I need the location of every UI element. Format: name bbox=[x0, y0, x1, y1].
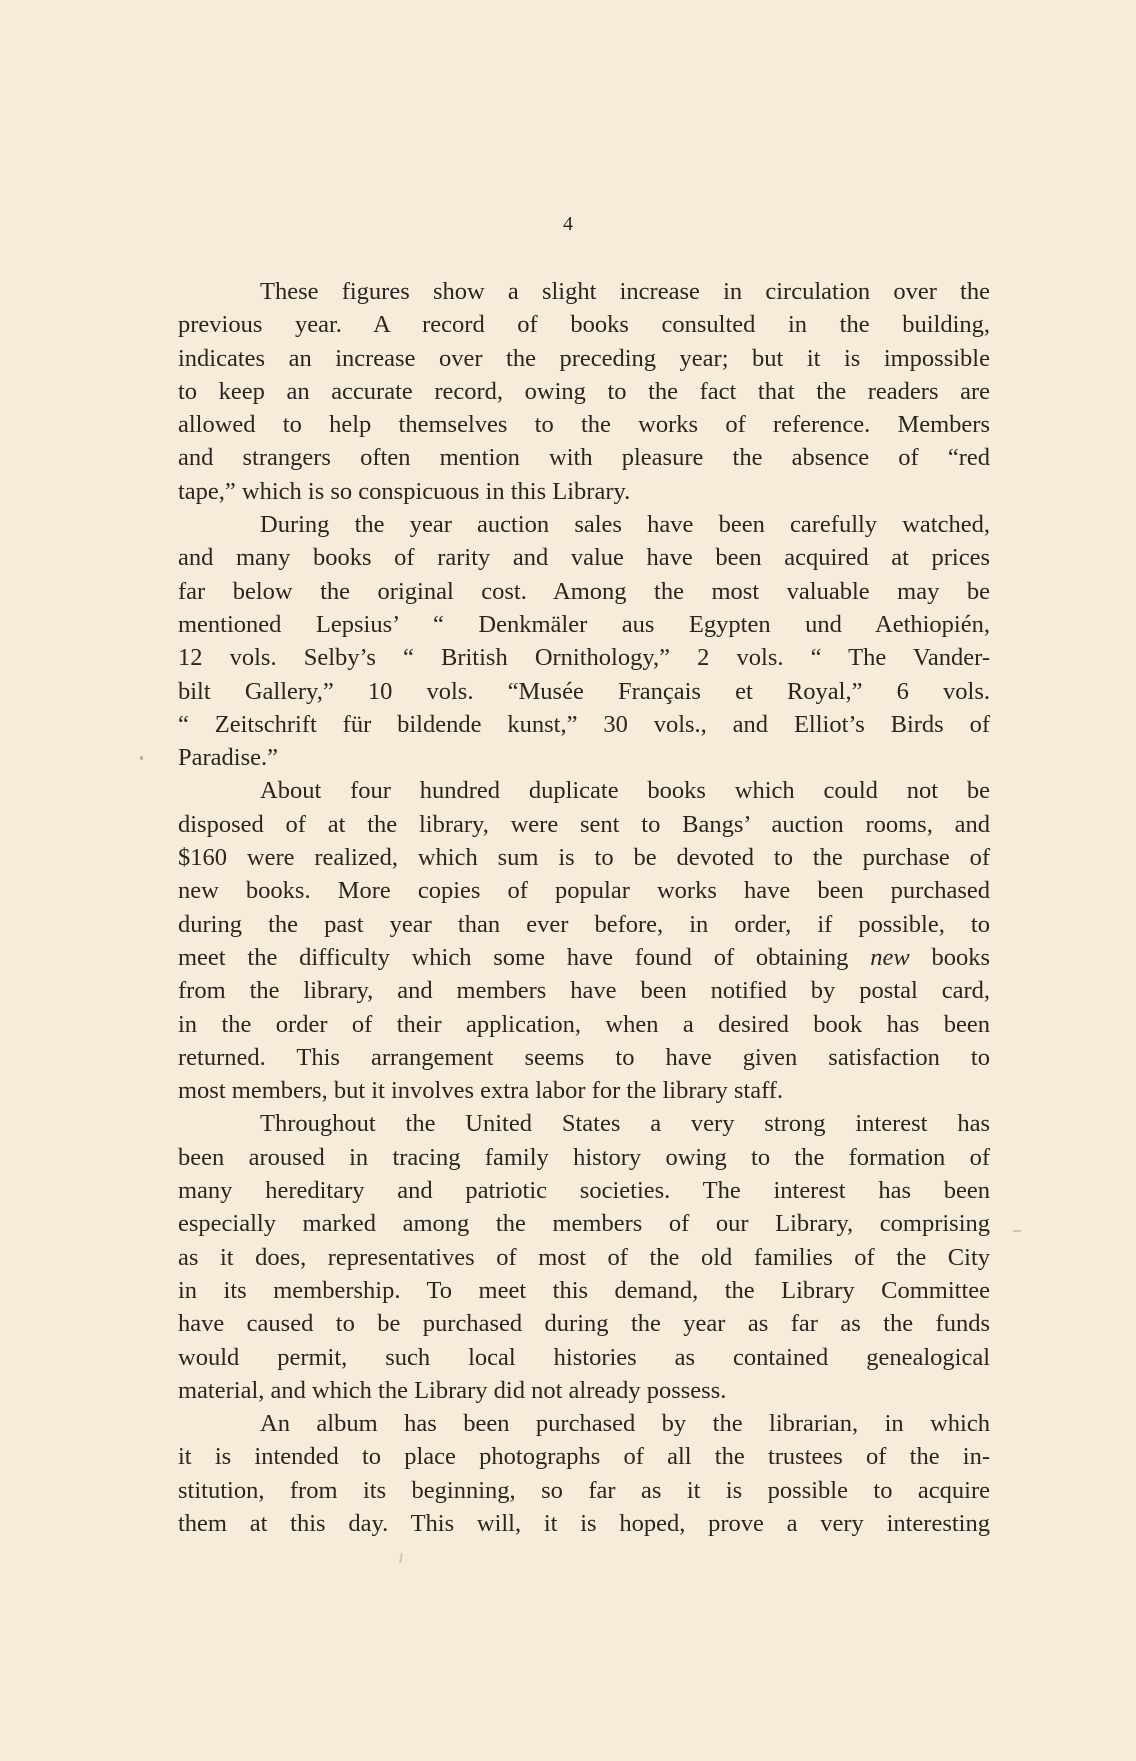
text-line: mentioned Lepsius’ “ Denkmäler aus Egypt… bbox=[178, 608, 990, 641]
page-number: 4 bbox=[0, 213, 1136, 236]
text-line: new books. More copies of popular works … bbox=[178, 874, 990, 907]
text-line: disposed of at the library, were sent to… bbox=[178, 808, 990, 841]
body-text: These figures show a slight increase in … bbox=[178, 275, 990, 1540]
text-line: as it does, representatives of most of t… bbox=[178, 1241, 990, 1274]
text-line: them at this day. This will, it is hoped… bbox=[178, 1507, 990, 1540]
text-line: especially marked among the members of o… bbox=[178, 1207, 990, 1240]
text-line: stitution, from its beginning, so far as… bbox=[178, 1474, 990, 1507]
text-line: previous year. A record of books consult… bbox=[178, 308, 990, 341]
paragraph-5: An album has been purchased by the libra… bbox=[178, 1407, 990, 1540]
text-line: allowed to help themselves to the works … bbox=[178, 408, 990, 441]
text-line: and strangers often mention with pleasur… bbox=[178, 441, 990, 474]
text-line: many hereditary and patriotic societies.… bbox=[178, 1174, 990, 1207]
paper-blemish-dash bbox=[1013, 1230, 1021, 1232]
text-line: returned. This arrangement seems to have… bbox=[178, 1041, 990, 1074]
text-line: indicates an increase over the preceding… bbox=[178, 342, 990, 375]
text-line: far below the original cost. Among the m… bbox=[178, 575, 990, 608]
text-line: An album has been purchased by the libra… bbox=[178, 1407, 990, 1440]
text-line: and many books of rarity and value have … bbox=[178, 541, 990, 574]
text-line: 12 vols. Selby’s “ British Ornithology,”… bbox=[178, 641, 990, 674]
paragraph-3: About four hundred duplicate books which… bbox=[178, 774, 990, 1107]
text-line: it is intended to place photographs of a… bbox=[178, 1440, 990, 1473]
text-line: from the library, and members have been … bbox=[178, 974, 990, 1007]
text-line: tape,” which is so conspicuous in this L… bbox=[178, 475, 990, 508]
paragraph-1: These figures show a slight increase in … bbox=[178, 275, 990, 508]
text-line: Paradise.” bbox=[178, 741, 990, 774]
text-line: These figures show a slight increase in … bbox=[178, 275, 990, 308]
text-line: would permit, such local histories as co… bbox=[178, 1341, 990, 1374]
paragraph-2: During the year auction sales have been … bbox=[178, 508, 990, 774]
paragraph-4: Throughout the United States a very stro… bbox=[178, 1107, 990, 1407]
text-line: been aroused in tracing family history o… bbox=[178, 1141, 990, 1174]
text-line: “ Zeitschrift für bildende kunst,” 30 vo… bbox=[178, 708, 990, 741]
text-line: most members, but it involves extra labo… bbox=[178, 1074, 990, 1107]
text-line: bilt Gallery,” 10 vols. “Musée Français … bbox=[178, 675, 990, 708]
text-line: in its membership. To meet this demand, … bbox=[178, 1274, 990, 1307]
text-line: meet the difficulty which some have foun… bbox=[178, 941, 990, 974]
italic-word: new bbox=[870, 944, 909, 971]
text-fragment: books bbox=[910, 944, 990, 971]
text-line: material, and which the Library did not … bbox=[178, 1374, 990, 1407]
text-line: have caused to be purchased during the y… bbox=[178, 1307, 990, 1340]
text-line: to keep an accurate record, owing to the… bbox=[178, 375, 990, 408]
text-line: About four hundred duplicate books which… bbox=[178, 774, 990, 807]
paper-blemish-tick bbox=[399, 1553, 403, 1563]
text-line: during the past year than ever before, i… bbox=[178, 908, 990, 941]
text-line: $160 were realized, which sum is to be d… bbox=[178, 841, 990, 874]
text-line: During the year auction sales have been … bbox=[178, 508, 990, 541]
paper-blemish-dot bbox=[140, 756, 143, 760]
text-line: in the order of their application, when … bbox=[178, 1008, 990, 1041]
text-line: Throughout the United States a very stro… bbox=[178, 1107, 990, 1140]
text-fragment: meet the difficulty which some have foun… bbox=[178, 944, 870, 971]
